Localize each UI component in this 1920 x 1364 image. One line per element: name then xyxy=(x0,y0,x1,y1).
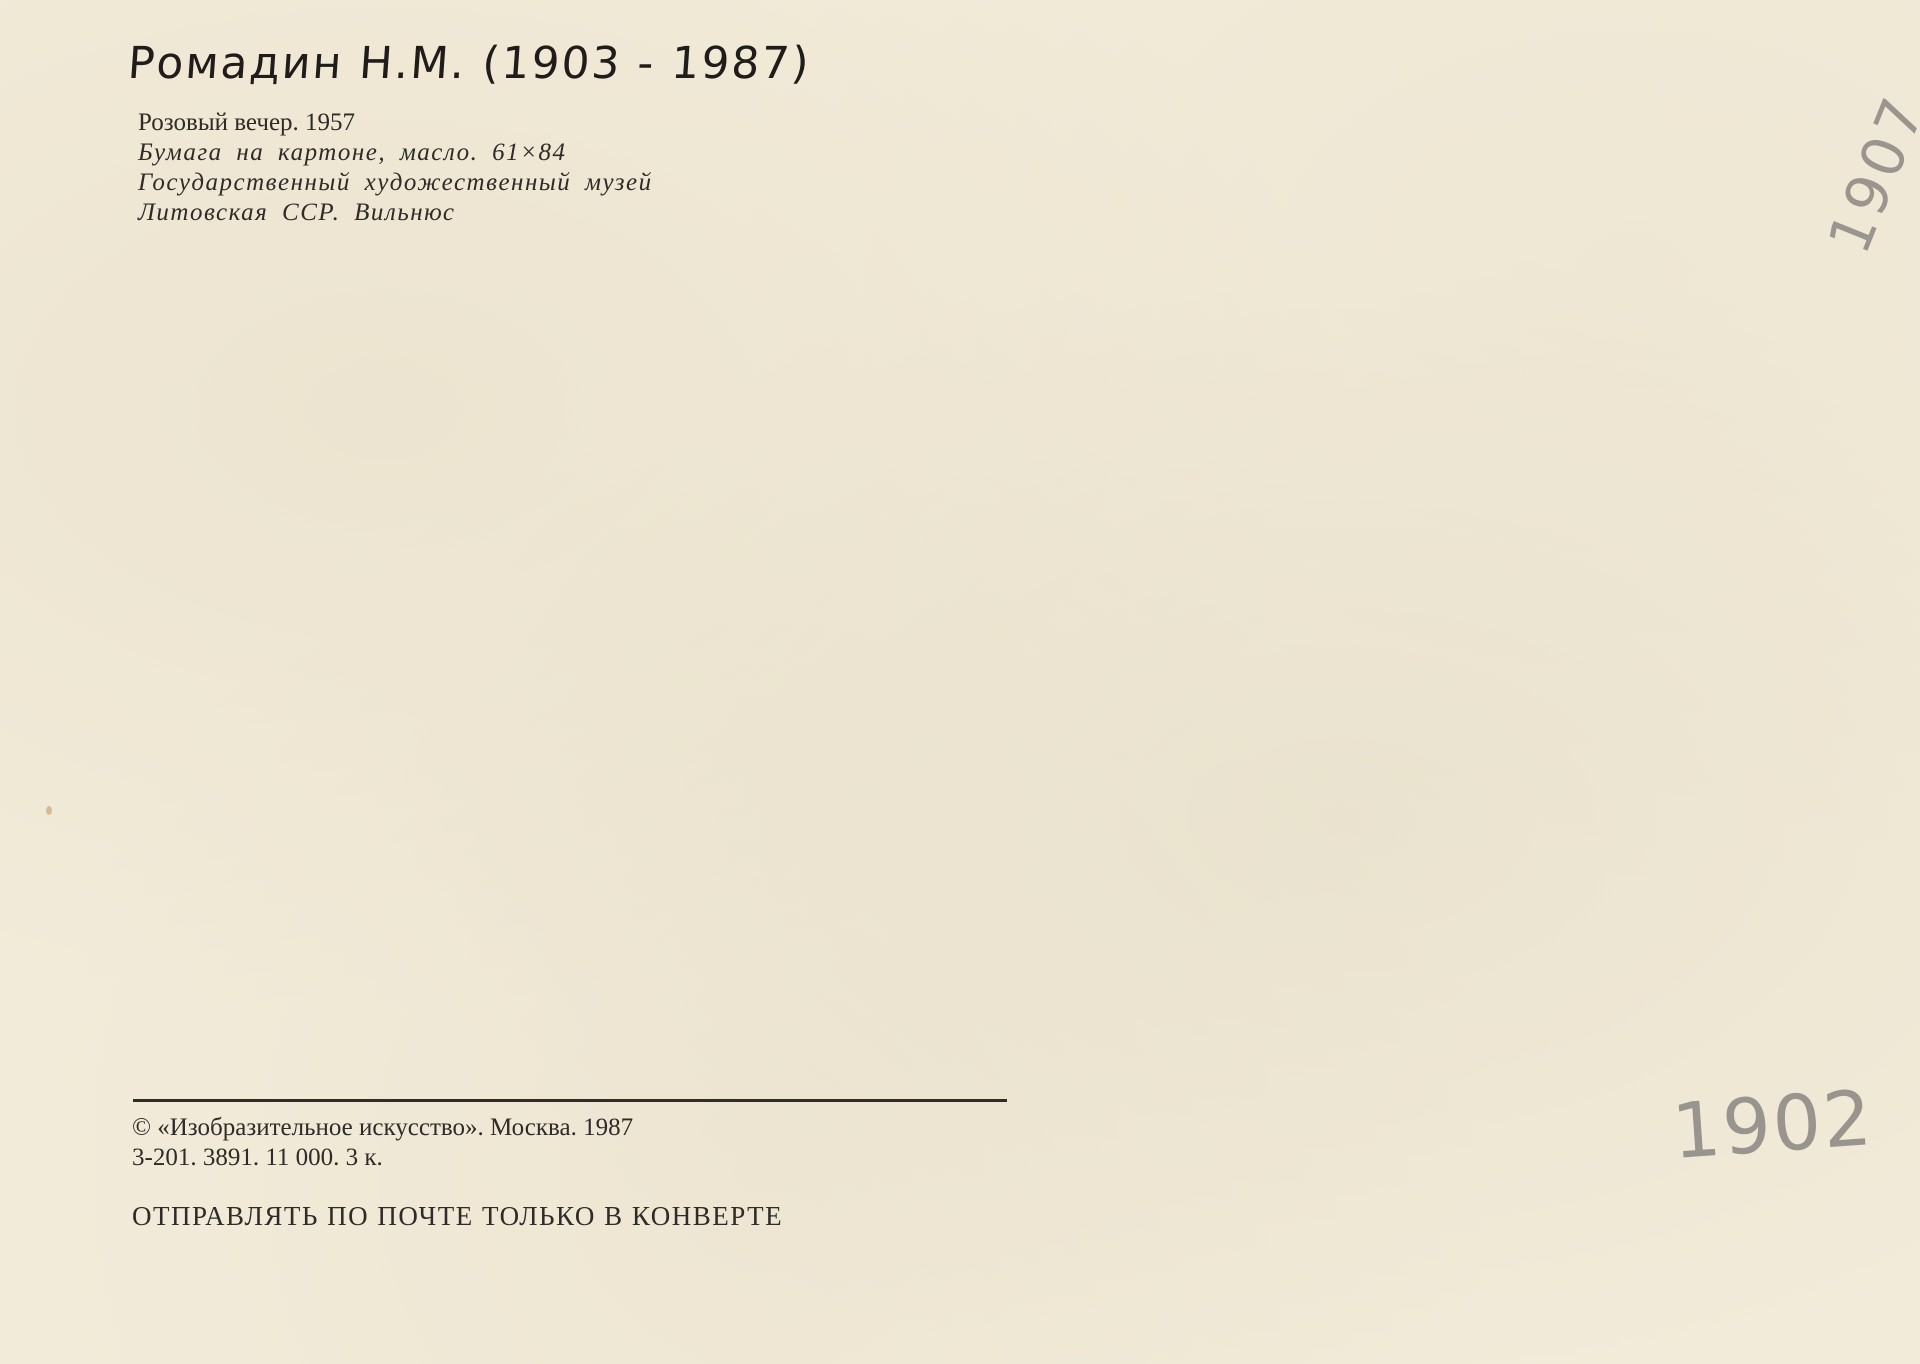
publisher-line: © «Изобразительное искусство». Москва. 1… xyxy=(132,1113,633,1143)
pencil-note-bottom-right: 1902 xyxy=(1669,1073,1876,1176)
artwork-medium: Бумага на картоне, масло. 61×84 xyxy=(138,138,653,168)
museum-name: Государственный художественный музей xyxy=(138,168,653,198)
print-codes: 3-201. 3891. 11 000. 3 к. xyxy=(132,1143,633,1173)
publisher-imprint: © «Изобразительное искусство». Москва. 1… xyxy=(132,1113,633,1173)
handwritten-artist-note: Ромадин Н.М. (1903 - 1987) xyxy=(126,38,812,89)
artwork-title-year: Розовый вечер. 1957 xyxy=(138,108,653,138)
museum-location: Литовская ССР. Вильнюс xyxy=(138,198,653,228)
artwork-caption: Розовый вечер. 1957 Бумага на картоне, м… xyxy=(138,108,653,228)
paper-stain xyxy=(46,806,52,815)
divider-rule xyxy=(133,1099,1007,1102)
postcard-back: Ромадин Н.М. (1903 - 1987) Розовый вечер… xyxy=(0,0,1920,1364)
pencil-note-top-right: 1907 xyxy=(1815,85,1920,262)
mailing-warning: ОТПРАВЛЯТЬ ПО ПОЧТЕ ТОЛЬКО В КОНВЕРТЕ xyxy=(132,1201,783,1232)
